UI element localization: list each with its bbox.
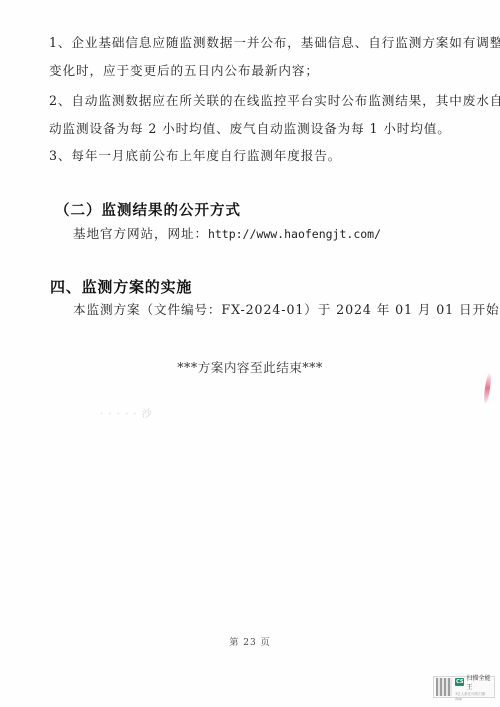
watermark-brand-row: CS 扫描全能王 — [455, 673, 492, 691]
item-1-line-2: 变化时，应于变更后的五日内公布最新内容； — [49, 63, 319, 79]
watermark-brand: 扫描全能王 — [466, 673, 492, 691]
qr-code-icon — [436, 678, 452, 696]
document-page: 1、企业基础信息应随监测数据一并公布，基础信息、自行监测方案如有调整 变化时，应… — [0, 0, 500, 707]
watermark-subtitle: 3亿人都在用的扫描App — [455, 692, 492, 701]
disclosure-text: 基地官方网站，网址：http://www.haofengjt.com/ — [73, 226, 381, 242]
camscanner-watermark: CS 扫描全能王 3亿人都在用的扫描App — [433, 676, 495, 698]
faint-scan-artifact: · · · · · 沙 — [100, 405, 153, 420]
item-2-line-2: 动监测设备为每 2 小时均值、废气自动监测设备为每 1 小时均值。 — [49, 121, 451, 137]
section-implementation-heading: 四、监测方案的实施 — [50, 276, 192, 297]
disclosure-text-prefix: 基地官方网站，网址： — [73, 226, 208, 241]
website-url: http://www.haofengjt.com/ — [208, 227, 381, 241]
end-of-content-mark: ***方案内容至此结束*** — [0, 357, 500, 376]
implementation-text: 本监测方案（文件编号：FX-2024-01）于 2024 年 01 月 01 日… — [73, 302, 500, 318]
item-3: 3、每年一月底前公布上年度自行监测年度报告。 — [49, 148, 341, 164]
cs-logo-icon: CS — [455, 678, 464, 686]
item-1-line-1: 1、企业基础信息应随监测数据一并公布，基础信息、自行监测方案如有调整 — [49, 35, 500, 51]
watermark-text: CS 扫描全能王 3亿人都在用的扫描App — [455, 673, 492, 701]
item-2-line-1: 2、自动监测数据应在所关联的在线监控平台实时公布监测结果，其中废水自 — [49, 93, 500, 109]
section-disclosure-heading: （二）监测结果的公开方式 — [55, 199, 241, 220]
page-number: 第 23 页 — [0, 635, 500, 648]
red-stamp-edge-mark — [483, 372, 492, 404]
